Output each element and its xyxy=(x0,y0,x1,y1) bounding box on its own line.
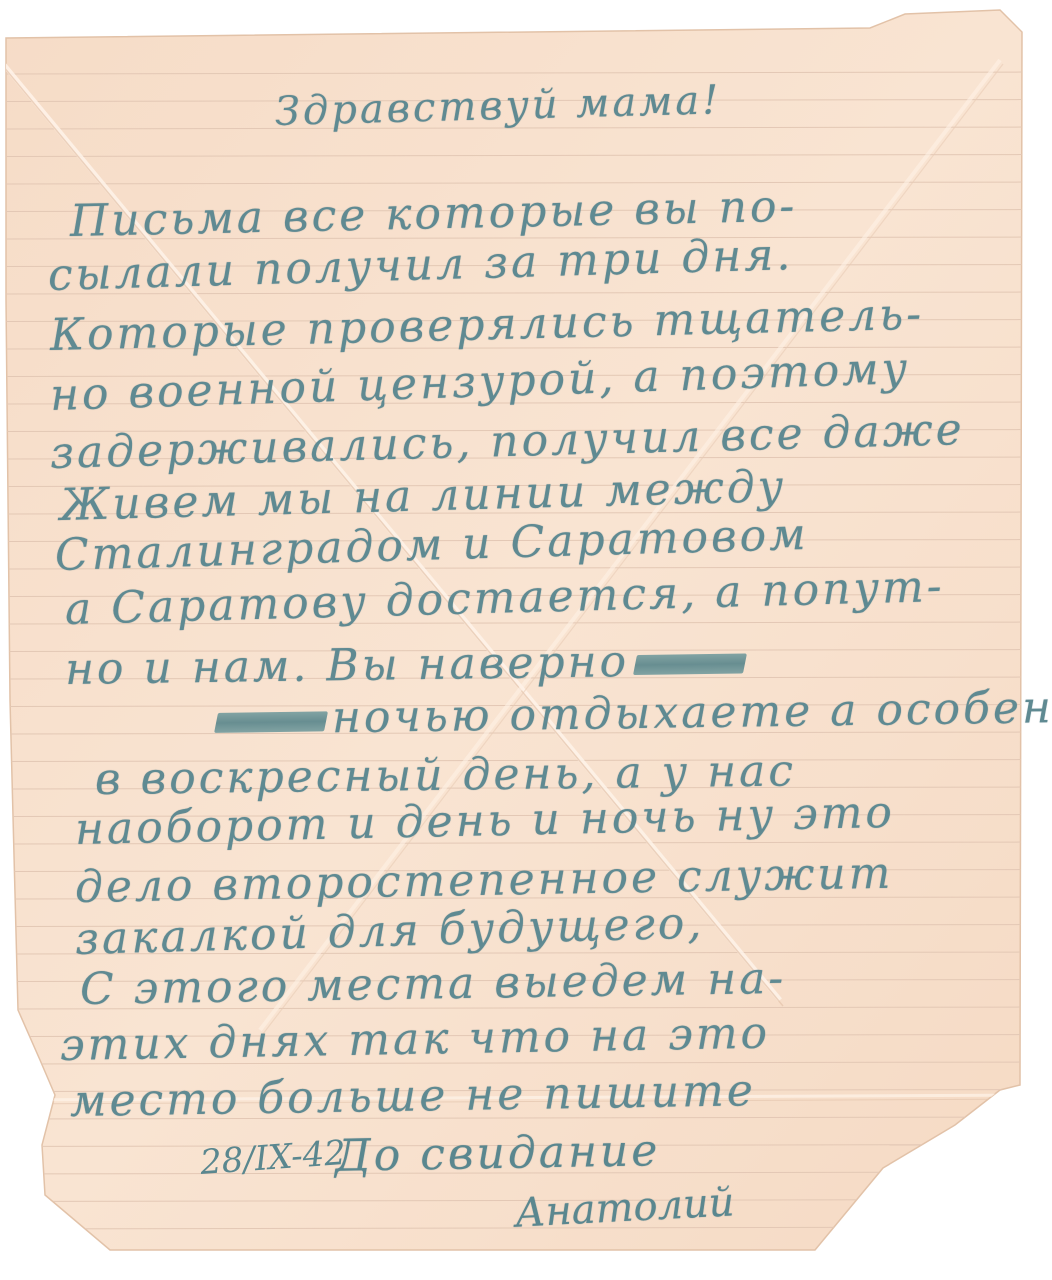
censor-redaction xyxy=(214,711,328,733)
letter-line: этих днях так что на это xyxy=(60,1012,771,1068)
letter-line: место больше не пишите xyxy=(70,1069,756,1124)
letter-line: С этого места выедем на- xyxy=(80,957,787,1012)
letter-line-text: но и нам. Вы наверно xyxy=(65,636,630,695)
letter-line-text: ночью отдыхаете а особенно xyxy=(332,681,1052,743)
letter-greeting: Здравствуй мама! xyxy=(274,80,721,132)
letter-line: ночью отдыхаете а особенно xyxy=(210,685,1052,742)
letter-closing: До свидание xyxy=(335,1125,661,1182)
censor-redaction xyxy=(633,653,747,675)
letter-line-text: место больше не пишите xyxy=(70,1065,757,1127)
